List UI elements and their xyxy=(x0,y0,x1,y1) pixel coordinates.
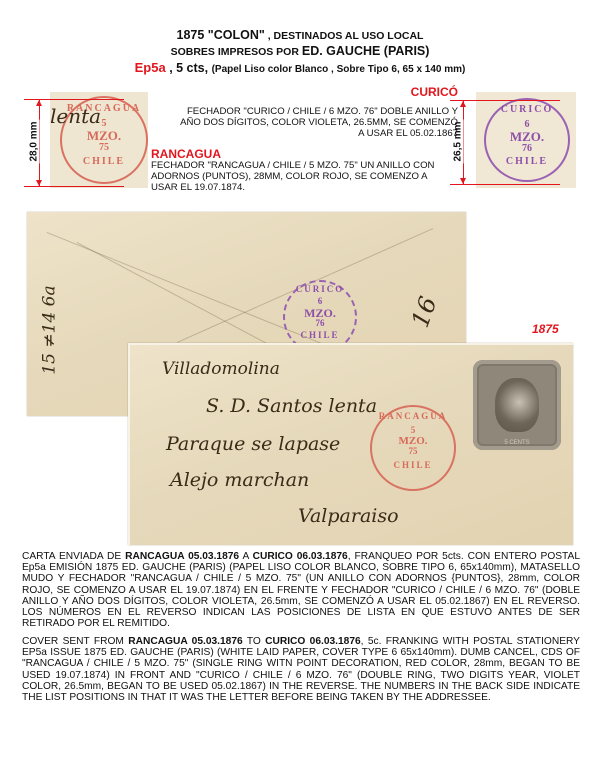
measure-bottom-line xyxy=(450,184,560,185)
title-line-2: SOBRES IMPRESOS POR ED. GAUCHE (PARIS) xyxy=(0,44,600,60)
address-line-street: Alejo marchan xyxy=(170,469,309,491)
rancagua-postmark: RANCAGUA 5 MZO. 75 CHILE xyxy=(370,405,456,491)
rancagua-description: FECHADOR "RANCAGUA / CHILE / 5 MZO. 75" … xyxy=(151,160,451,193)
curico-heading: CURICÓ xyxy=(380,85,458,99)
postmark-year: 76 xyxy=(285,319,355,328)
postmark-country: CHILE xyxy=(62,157,146,168)
destination-date: CURICO 06.03.1876 xyxy=(265,636,361,647)
postmark-year: 76 xyxy=(486,144,568,155)
title-printer-label: SOBRES IMPRESOS POR xyxy=(171,46,302,58)
address-line-recipient: S. D. Santos lenta xyxy=(206,395,377,417)
description-english: COVER SENT FROM RANCAGUA 05.03.1876 TO C… xyxy=(22,636,580,703)
rancagua-diameter-label: 28,0 mm xyxy=(29,119,40,163)
rancagua-postmark-inset: RANCAGUA 5 MZO. 75 CHILE lenta xyxy=(50,92,148,188)
title-line-1: 1875 "COLON" , DESTINADOS AL USO LOCAL xyxy=(0,28,600,44)
list-position-note-right: 16 xyxy=(406,293,443,331)
paper-detail: (Papel Liso color Blanco , Sobre Tipo 6,… xyxy=(212,64,466,75)
catalog-code: Ep5a xyxy=(135,60,166,75)
text-run: CARTA ENVIADA DE xyxy=(22,551,125,562)
imprinted-stamp-indicium: 5 CENTS xyxy=(473,360,561,450)
arrow-up-icon xyxy=(460,101,466,107)
title-issue: 1875 "COLON" xyxy=(177,28,265,42)
arrow-up-icon xyxy=(36,100,42,106)
title-printer: ED. GAUCHE (PARIS) xyxy=(302,44,430,58)
postmark-country: CHILE xyxy=(372,461,454,470)
origin-date: RANCAGUA 05.03.1876 xyxy=(128,636,242,647)
postmark-year: 75 xyxy=(62,143,146,154)
page-header: 1875 "COLON" , DESTINADOS AL USO LOCAL S… xyxy=(0,28,600,78)
indicium-value: 5 CENTS xyxy=(473,440,561,446)
postmark-month: MZO. xyxy=(486,130,568,144)
rancagua-heading: RANCAGUA xyxy=(151,147,221,161)
origin-date: RANCAGUA 05.03.1876 xyxy=(125,551,239,562)
list-position-notes: 15 ≠14 6a xyxy=(40,285,60,374)
handwriting-fragment: lenta xyxy=(50,104,101,128)
curico-postmark-inset: CURICO 6 MZO. 76 CHILE xyxy=(476,92,576,188)
face-value: , 5 cts, xyxy=(166,61,212,75)
text-run: COVER SENT FROM xyxy=(22,636,128,647)
title-line-3: Ep5a , 5 cts, (Papel Liso color Blanco ,… xyxy=(0,60,600,78)
postmark-year: 75 xyxy=(372,447,454,456)
postmark-town: RANCAGUA xyxy=(372,412,454,421)
measure-top-line xyxy=(450,100,560,101)
curico-postmark-detail: CURICO 6 MZO. 76 CHILE xyxy=(484,98,570,182)
postmark-country: CHILE xyxy=(486,157,568,168)
text-run: , FRANQUEO POR 5cts. CON ENTERO POSTAL E… xyxy=(22,551,580,629)
arrow-down-icon xyxy=(460,178,466,184)
issue-year-label: 1875 xyxy=(532,322,559,336)
columbus-portrait-icon xyxy=(495,378,539,432)
measure-bottom-line xyxy=(24,186,124,187)
address-line-origin: Villadomolina xyxy=(162,359,280,379)
postmark-month: MZO. xyxy=(62,129,146,143)
address-line-instruction: Paraque se lapase xyxy=(166,433,340,455)
title-usage: , DESTINADOS AL USO LOCAL xyxy=(265,30,424,42)
text-run: TO xyxy=(243,636,265,647)
postmark-town: CURICO xyxy=(285,285,355,294)
postmark-town: CURICO xyxy=(486,105,568,116)
text-run: A xyxy=(239,551,253,562)
arrow-down-icon xyxy=(36,180,42,186)
address-line-city: Valparaiso xyxy=(298,505,399,527)
description-spanish: CARTA ENVIADA DE RANCAGUA 05.03.1876 A C… xyxy=(22,551,580,629)
curico-description: FECHADOR "CURICO / CHILE / 6 MZO. 76" DO… xyxy=(180,106,458,139)
destination-date: CURICO 06.03.1876 xyxy=(253,551,348,562)
postmark-country: CHILE xyxy=(285,331,355,340)
